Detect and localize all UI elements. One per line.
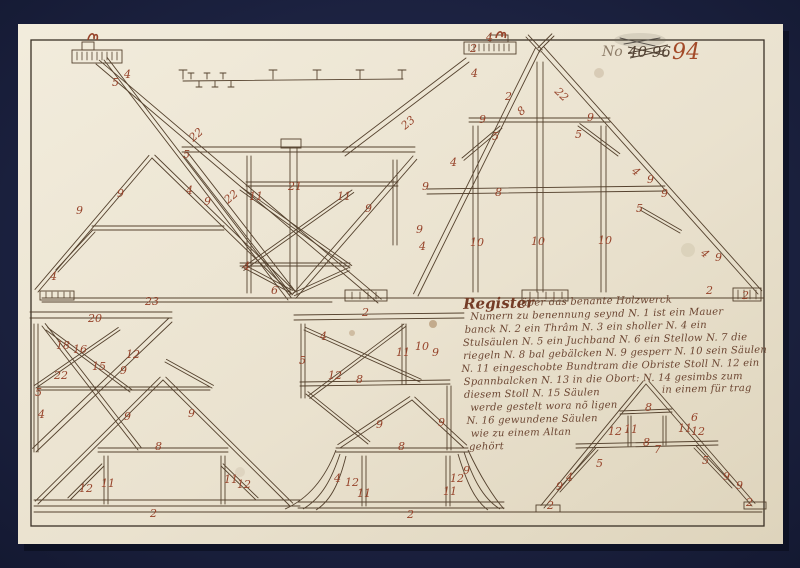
member-number-top_blocks: 4 <box>485 31 493 44</box>
member-number-top_left_assembly: 5 <box>112 76 119 89</box>
member-number-top_left_assembly: 23 <box>144 295 159 308</box>
roof-truss-drawing: 4522549229942321111192346942228995549810… <box>0 0 800 568</box>
member-number-bottom_left_frame: 15 <box>92 360 106 373</box>
member-number-right_truss: 4 <box>449 156 457 169</box>
member-number-bell_truss: 9 <box>376 418 383 431</box>
member-number-central_frame: 21 <box>287 180 302 193</box>
member-number-bottom_left_frame: 16 <box>73 343 87 356</box>
member-number-bottom_right_truss: 2 <box>745 496 753 509</box>
member-number-mid_frame: 2 <box>361 306 369 319</box>
member-number-bell_truss: 9 <box>463 464 470 477</box>
member-number-mid_frame: 10 <box>415 340 429 353</box>
member-number-bell_truss: 11 <box>357 487 371 500</box>
member-number-top_left_assembly: 5 <box>183 148 190 161</box>
member-number-bottom_right_truss: 12 <box>691 425 705 438</box>
member-number-bottom_left_truss: 2 <box>149 507 157 520</box>
member-number-right_truss: 10 <box>598 234 612 247</box>
member-number-bottom_right_truss: 8 <box>645 401 652 414</box>
member-number-bottom_right_truss: 9 <box>723 470 730 483</box>
member-number-bell_truss: 12 <box>450 472 464 485</box>
member-number-bottom_right_truss: 12 <box>608 425 622 438</box>
member-number-bottom_left_truss: 8 <box>155 440 162 453</box>
member-number-mid_frame: 4 <box>319 330 327 343</box>
member-number-right_truss: 9 <box>647 173 654 186</box>
member-number-mid_frame: 12 <box>328 369 342 382</box>
member-number-right_truss: 8 <box>495 186 502 199</box>
member-number-right_truss: 10 <box>531 235 545 248</box>
member-number-top_left_assembly: 4 <box>123 68 131 81</box>
member-number-bottom_left_frame: 22 <box>53 369 68 382</box>
member-number-bottom_right_truss: 5 <box>596 457 603 470</box>
member-number-bottom_right_truss: 11 <box>678 422 692 435</box>
member-number-top_left_assembly: 9 <box>76 204 83 217</box>
member-number-top_left_assembly: 4 <box>185 184 193 197</box>
register-line: in einem für trag <box>662 383 752 396</box>
archive-number-prefix: No <box>601 44 623 60</box>
member-number-right_truss: 9 <box>587 111 594 124</box>
member-number-bottom_left_truss: 12 <box>237 478 251 491</box>
member-number-bell_truss: 11 <box>443 485 457 498</box>
member-number-mid_frame: 8 <box>356 373 363 386</box>
member-number-top_left_assembly: 4 <box>49 270 57 283</box>
member-number-central_frame: 6 <box>271 284 278 297</box>
member-number-right_truss: 5 <box>636 202 643 215</box>
member-number-bottom_left_frame: 4 <box>37 408 45 421</box>
member-number-central_frame: 11 <box>249 190 263 203</box>
member-number-bottom_right_truss: 5 <box>702 454 709 467</box>
member-number-bottom_left_frame: 18 <box>56 339 70 352</box>
member-number-top_blocks: 2 <box>469 42 477 55</box>
member-number-right_truss: 2 <box>741 289 749 302</box>
member-number-bottom_left_truss: 12 <box>79 482 93 495</box>
member-number-bottom_left_frame: 5 <box>35 386 42 399</box>
member-number-right_truss: 9 <box>661 187 668 200</box>
register-line: gehört <box>469 441 505 453</box>
member-number-central_frame: 4 <box>418 240 426 253</box>
member-number-right_truss: 5 <box>492 130 499 143</box>
register-line: wie zu einem Altan <box>471 427 572 440</box>
member-number-bell_truss: 8 <box>398 440 405 453</box>
member-number-right_truss: 2 <box>504 90 512 103</box>
member-number-central_frame: 4 <box>242 260 250 273</box>
member-number-bottom_left_truss: 9 <box>124 410 131 423</box>
member-number-bottom_right_truss: 2 <box>546 499 554 512</box>
member-number-right_truss: 9 <box>715 251 722 264</box>
manuscript-sheet <box>18 24 783 544</box>
member-number-bell_truss: 4 <box>333 472 341 485</box>
member-number-bottom_right_truss: 6 <box>691 411 698 424</box>
member-number-mid_frame: 9 <box>432 346 439 359</box>
member-number-right_truss: 9 <box>422 180 429 193</box>
member-number-mid_frame: 11 <box>396 346 410 359</box>
member-number-bottom_right_truss: 4 <box>565 471 573 484</box>
member-number-bottom_right_truss: 9 <box>556 480 563 493</box>
member-number-bottom_left_truss: 11 <box>224 473 238 486</box>
member-number-bottom_left_frame: 9 <box>120 364 127 377</box>
member-number-bottom_left_truss: 11 <box>101 477 115 490</box>
photographed-manuscript: 4522549229942321111192346942228995549810… <box>0 0 800 568</box>
member-number-right_truss: 2 <box>705 284 713 297</box>
member-number-bottom_left_truss: 9 <box>188 407 195 420</box>
member-number-right_truss: 9 <box>479 113 486 126</box>
member-number-mid_frame: 5 <box>299 354 306 367</box>
member-number-central_frame: 9 <box>416 223 423 236</box>
member-number-bottom_right_truss: 7 <box>654 443 661 456</box>
member-number-bell_truss: 2 <box>406 508 414 521</box>
member-number-right_truss: 10 <box>470 236 484 249</box>
archive-number-current: 94 <box>672 40 700 65</box>
member-number-right_truss: 5 <box>575 128 582 141</box>
member-number-central_frame: 11 <box>337 190 351 203</box>
member-number-bottom_right_truss: 11 <box>624 423 638 436</box>
member-number-top_left_assembly: 9 <box>117 187 124 200</box>
member-number-bottom_left_frame: 20 <box>87 312 102 325</box>
member-number-bottom_left_frame: 12 <box>126 348 140 361</box>
member-number-bottom_right_truss: 9 <box>736 479 743 492</box>
member-number-bell_truss: 9 <box>438 416 445 429</box>
member-number-bottom_right_truss: 8 <box>643 436 650 449</box>
member-number-top_left_assembly: 9 <box>204 195 211 208</box>
member-number-top_blocks: 4 <box>470 67 478 80</box>
member-number-central_frame: 9 <box>365 202 372 215</box>
